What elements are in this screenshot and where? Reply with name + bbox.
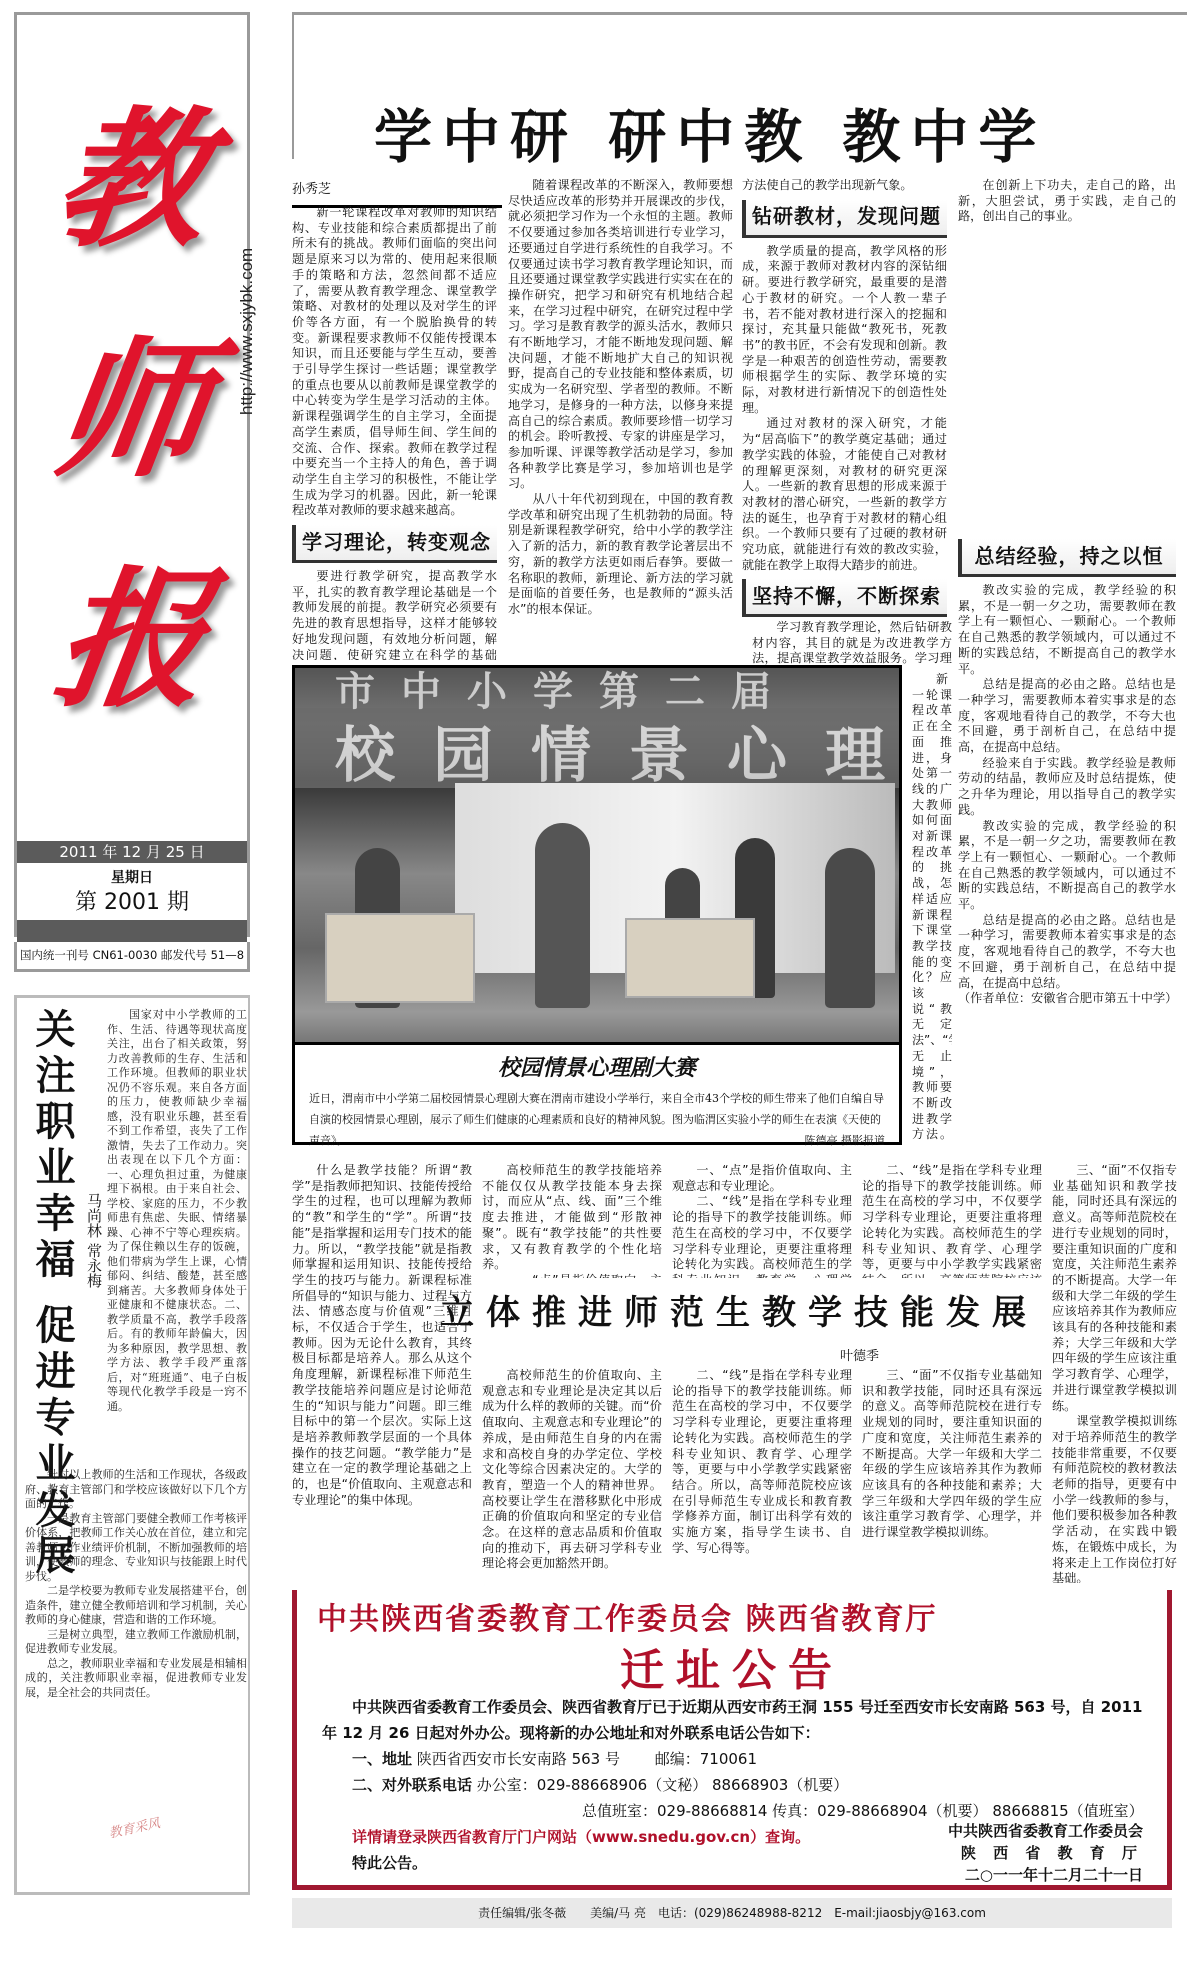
registration-number: 国内统一刊号 CN61-0030 邮发代号 51—8: [14, 942, 250, 972]
stamp-logo: 教育采风: [107, 1804, 208, 1881]
news-photo: 校园情景心理剧 市中小学第二届: [292, 665, 902, 1045]
paragraph: 教学质量的提高，教学风格的形成，来源于教师对教材内容的深钻细研。要进行教学研究，…: [742, 244, 947, 417]
paragraph: 一是教育主管部门要健全教师工作考核评价体系，把教师工作关心放在首位，建立和完善教…: [25, 1512, 247, 1585]
notice-org: 中共陕西省委教育工作委员会 陕西省教育厅: [317, 1594, 937, 1638]
logo-char: 报: [46, 565, 217, 715]
caption-text: 近日，渭南市中小学第二届校园情景心理剧大赛在渭南市建设小学举行，来自全市43个学…: [309, 1092, 884, 1147]
issue-date: 2011 年 12 月 25 日: [17, 841, 247, 863]
feature-column-4: 二、“线”是指在学科专业理论的指导下的教学技能训练。师范生在高校的学习中，不仅要…: [862, 1163, 1042, 1278]
paragraph: 通过对教材的深入研究，才能为“居高临下”的教学奠定基础；通过教学实践的体验，才能…: [742, 416, 947, 573]
paragraph: 课堂教学模拟训练对于培养师范生的教学技能非常重要，不仅要有师范院校的教材教法老师…: [1052, 1414, 1177, 1583]
section-heading: 学习理论，转变观念: [292, 525, 497, 563]
lead-header: 学中研 研中教 教中学: [292, 12, 1187, 159]
sidebar-author: 马尚林 常永梅: [85, 1193, 103, 1288]
paragraph: 什么是教学技能？所谓“教学”是指教师把知识、技能传授给学生的过程，也可以理解为教…: [292, 1163, 472, 1508]
feature-column-2b: 高校师范生的价值取向、主观意志和专业理论是决定其以后成为什么样的教师的关键。而“…: [482, 1368, 662, 1583]
photo-credit: 陈德亭 摄影报道: [805, 1130, 886, 1151]
paragraph: 二、“线”是指在学科专业理论的指导下的教学技能训练。师范生在高校的学习中，不仅要…: [672, 1194, 852, 1278]
paragraph: 一、“点”是指价值取向、主观意志和专业理论。: [672, 1163, 852, 1194]
paragraph: 三、“面”不仅指专业基础知识和教学技能，同时还具有深远的意义。高等师范院校在进行…: [1052, 1163, 1177, 1414]
notice-intro: 中共陕西省委教育工作委员会、陕西省教育厅已于近期从西安市药王洞 155 号迁至西…: [322, 1694, 1162, 1746]
feature-column-4b: 三、“面”不仅指专业基础知识和教学技能，同时还具有深远的意义。高等师范院校在进行…: [862, 1368, 1042, 1583]
caption-title: 校园情景心理剧大赛: [309, 1051, 885, 1082]
paragraph: 新一轮课程改革正在全面推进，身处第一线的广大教师如何面对新课程改革的挑战，怎样适…: [912, 672, 952, 1142]
paragraph: 高校师范生的教学技能培养不能仅仅从教学技能本身去探讨，而应从“点、线、面”三个维…: [482, 1163, 662, 1273]
feature-headline: 立体推进师范生教学技能发展: [440, 1285, 1038, 1334]
paragraph: 二、“线”是指在学科专业理论的指导下的教学技能训练。师范生在高校的学习中，不仅要…: [862, 1163, 1042, 1278]
feature-column-3: 一、“点”是指价值取向、主观意志和专业理论。 二、“线”是指在学科专业理论的指导…: [672, 1163, 852, 1278]
paragraph: 一、“点”是指价值取向、主观意志和专业理论。: [482, 1273, 662, 1278]
photo-banner-top: 市中小学第二届: [335, 665, 797, 717]
logo-char: 教: [46, 105, 217, 255]
page-footer: 责任编辑/张冬薇 美编/马 亮 电话：(029)86248988-8212 E-…: [292, 1898, 1172, 1928]
stage-desk: [325, 913, 475, 1003]
relocation-notice: 中共陕西省委教育工作委员会 陕西省教育厅 迁址公告 中共陕西省委教育工作委员会、…: [292, 1590, 1172, 1890]
section-heading: 坚持不懈，不断探索: [742, 579, 947, 617]
section-heading: 总结经验，持之以恒: [958, 539, 1176, 577]
paragraph: 教改实验的完成，教学经验的积累，不是一朝一夕之功，需要教师在教学上有一颗恒心、一…: [958, 819, 1176, 913]
feature-column-5: 三、“面”不仅指专业基础知识和教学技能，同时还具有深远的意义。高等师范院校在进行…: [1052, 1163, 1177, 1583]
paragraph: 方法使自己的教学出现新气象。: [742, 178, 947, 194]
lead-headline: 学中研 研中教 教中学: [374, 90, 1046, 174]
paragraph: 教改实验的完成，教学经验的积累，不是一朝一夕之功，需要教师在教学上有一颗恒心、一…: [958, 583, 1176, 677]
paragraph: 高校师范生的价值取向、主观意志和专业理论是决定其以后成为什么样的教师的关键。而“…: [482, 1368, 662, 1572]
feature-column-1: 什么是教学技能？所谓“教学”是指教师把知识、技能传授给学生的过程，也可以理解为教…: [292, 1163, 472, 1583]
weekday: 星期日: [17, 867, 247, 887]
sidebar-article: 关注职业幸福 促进专业发展 马尚林 常永梅 国家对中小学教师的工作、生活、待遇等…: [14, 995, 250, 1895]
lead-column-3-cont: 学习教育教学理论，然后钻研教材内容，其目的就是为改进教学方法，提高课堂教学效益服…: [752, 620, 952, 665]
notice-title: 迁址公告: [297, 1634, 1167, 1698]
logo-char: 师: [46, 335, 217, 485]
paragraph: 三是树立典型，建立教师工作激励机制，促进教师专业发展。: [25, 1628, 247, 1657]
lead-author: 孙秀芝: [292, 178, 502, 208]
photo-side-text: 新一轮课程改革正在全面推进，身处第一线的广大教师如何面对新课程改革的挑战，怎样适…: [912, 672, 952, 1142]
issue-number: 第 2001 期: [17, 885, 247, 916]
paragraph: 随着课程改革的不断深入，教师要想尽快适应改革的形势并开展课改的步伐，就必须把学习…: [508, 178, 733, 492]
paragraph: 要进行教学研究，提高教学水平，扎实的教育教学理论基础是一个教师发展的前提。教学研…: [292, 569, 497, 660]
performer: [825, 848, 875, 1008]
lead-column-3: 方法使自己的教学出现新气象。 钻研教材，发现问题 教学质量的提高，教学风格的形成…: [742, 178, 947, 660]
photo-caption: 校园情景心理剧大赛 近日，渭南市中小学第二届校园情景心理剧大赛在渭南市建设小学举…: [292, 1045, 902, 1145]
paragraph: 学习教育教学理论，然后钻研教材内容，其目的就是为改进教学方法，提高课堂教学效益服…: [752, 620, 952, 665]
paragraph: 总结是提高的必由之路。总结也是一种学习，需要教师本着实事求是的态度，客观地看待自…: [958, 677, 1176, 756]
lead-column-4: 在创新上下功夫，走自己的路，出新，大胆尝试，勇于实践，走自己的路，创出自己的事业…: [958, 178, 1176, 1178]
paragraph: 在创新上下功夫，走自己的路，出新，大胆尝试，勇于实践，走自己的路，创出自己的事业…: [958, 178, 1176, 533]
paragraph: 总之，教师职业幸福和专业发展是相辅相成的，关注教师职业幸福，促进教师专业发展，是…: [25, 1657, 247, 1701]
photo-banner: 校园情景心理剧: [295, 708, 899, 788]
paragraph: 二、“线”是指在学科专业理论的指导下的教学技能训练。师范生在高校的学习中，不仅要…: [672, 1368, 852, 1556]
feature-column-3b: 二、“线”是指在学科专业理论的指导下的教学技能训练。师范生在高校的学习中，不仅要…: [672, 1368, 852, 1583]
stage-desk: [625, 918, 755, 998]
feature-author: 叶德季: [840, 1345, 879, 1364]
feature-column-2: 高校师范生的教学技能培养不能仅仅从教学技能本身去探讨，而应从“点、线、面”三个维…: [482, 1163, 662, 1278]
paragraph: 经验来自于实践。教学经验是教师劳动的结晶，教师应及时总结提炼，使之升华为理论，用…: [958, 756, 1176, 819]
sidebar-body: 针对以上教师的生活和工作现状，各级政府、教育主管部门和学校应该做好以下几个方面的…: [25, 1468, 247, 1798]
lead-column-2: 随着课程改革的不断深入，教师要想尽快适应改革的形势并开展课改的步伐，就必须把学习…: [508, 178, 733, 660]
masthead: 教 师 报 http://www.sxjybk.com 2011 年 12 月 …: [14, 12, 250, 937]
notice-signature: 中共陕西省委教育工作委员会 陕 西 省 教 育 厅 二○一一年十二月二十一日: [948, 1820, 1143, 1886]
paragraph: 三、“面”不仅指专业基础知识和教学技能，同时还具有深远的意义。高等师范院校在进行…: [862, 1368, 1042, 1541]
notice-address: 一、地址 陕西省西安市长安南路 563 号 邮编：710061: [322, 1746, 1162, 1772]
author-affiliation: （作者单位：安徽省合肥市第五十中学）: [958, 991, 1176, 1007]
performer: [535, 823, 590, 1008]
paragraph: 针对以上教师的生活和工作现状，各级政府、教育主管部门和学校应该做好以下几个方面的…: [25, 1468, 247, 1512]
paragraph: 新一轮课程改革对教师的知识结构、专业技能和综合素质都提出了前所未有的挑战。教师们…: [292, 205, 497, 519]
paragraph: 从八十年代初到现在，中国的教育教学改革和研究出现了生机勃勃的局面。特别是新课程教…: [508, 492, 733, 618]
newspaper-logo: 教 师 报: [17, 15, 247, 795]
notice-phone: 二、对外联系电话 办公室：029-88668906（文秘） 88668903（机…: [322, 1772, 1162, 1798]
lead-column-1: 新一轮课程改革对教师的知识结构、专业技能和综合素质都提出了前所未有的挑战。教师们…: [292, 205, 497, 660]
sidebar-lead: 国家对中小学教师的工作、生活、待遇等现状高度关注，出台了相关政策，努力改善教师的…: [107, 1008, 247, 1463]
website-url[interactable]: http://www.sxjybk.com: [237, 215, 277, 415]
paragraph: 总结是提高的必由之路。总结也是一种学习，需要教师本着实事求是的态度，客观地看待自…: [958, 913, 1176, 992]
paragraph: 二是学校要为教师专业发展搭建平台，创造条件，建立健全教师培训和学习机制，关心教师…: [25, 1584, 247, 1628]
section-heading: 钻研教材，发现问题: [742, 200, 947, 238]
